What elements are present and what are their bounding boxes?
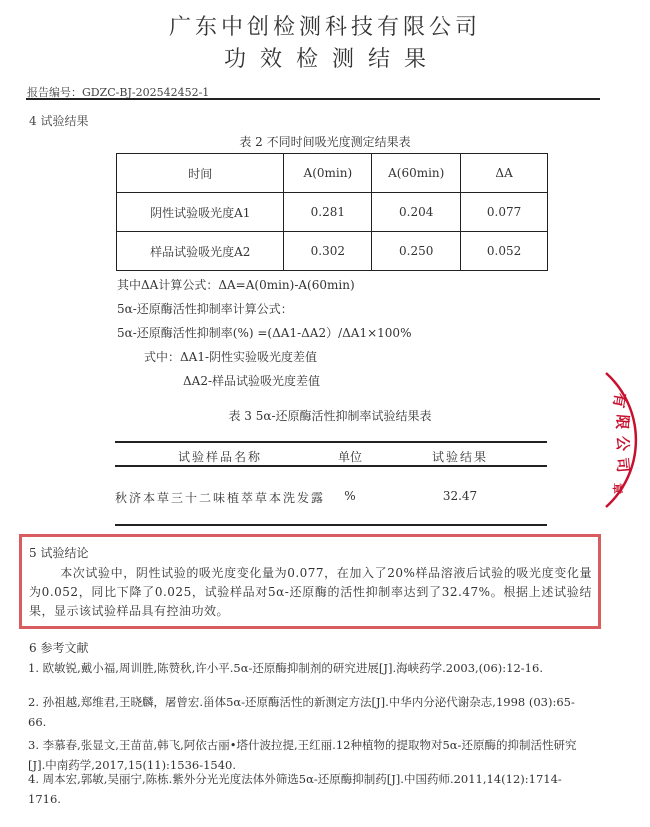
table-header-cell: 试验结果 xyxy=(410,448,510,465)
table3-caption: 表 3 5α-还原酶活性抑制率试验结果表 xyxy=(0,407,650,424)
document-title: 功效检测结果 xyxy=(0,42,650,73)
table-cell-sample-name: 秋济本草三十二味植萃草本洗发露 xyxy=(115,489,325,506)
reference-item: 1. 欧敏锐,戴小福,周训胜,陈赞秋,许小平.5α-还原酶抑制剂的研究进展[J]… xyxy=(28,658,588,678)
section-heading-conclusion: 5 试验结论 xyxy=(29,544,88,561)
svg-text:限: 限 xyxy=(613,414,632,431)
svg-text:章: 章 xyxy=(611,483,625,494)
seal-icon: 有 限 公 司 章 xyxy=(600,370,650,510)
company-seal-stamp: 有 限 公 司 章 xyxy=(600,370,650,510)
formula-legend-a2: ΔA2-样品试验吸光度差值 xyxy=(183,372,320,389)
formula-legend-a1: 式中：ΔA1-阴性实验吸光度差值 xyxy=(144,348,317,365)
table-row: 阴性试验吸光度A1 0.281 0.204 0.077 xyxy=(117,193,548,232)
table-cell-result: 32.47 xyxy=(410,489,510,503)
formula-delta-a: 其中ΔA计算公式：ΔA=A(0min)-A(60min) xyxy=(117,276,355,293)
absorbance-table: 时间 A(0min) A(60min) ΔA 阴性试验吸光度A1 0.281 0… xyxy=(116,153,548,271)
table-cell: 0.052 xyxy=(461,232,548,271)
header-divider xyxy=(26,98,600,100)
table-cell: 0.281 xyxy=(284,193,372,232)
section-heading-results: 4 试验结果 xyxy=(29,112,88,129)
table-header-cell: A(60min) xyxy=(372,154,461,193)
table3-bottom-rule xyxy=(115,524,547,526)
table-cell-unit: % xyxy=(320,489,380,503)
svg-text:有: 有 xyxy=(609,391,629,409)
table-header-cell: A(0min) xyxy=(284,154,372,193)
table-cell: 0.302 xyxy=(284,232,372,271)
table-header-cell: 单位 xyxy=(320,448,380,465)
table2-caption: 表 2 不同时间吸光度测定结果表 xyxy=(0,133,650,150)
svg-text:司: 司 xyxy=(613,457,632,474)
section-heading-references: 6 参考文献 xyxy=(29,639,88,656)
svg-text:公: 公 xyxy=(614,436,632,452)
table-header-cell: 时间 xyxy=(117,154,284,193)
table3-top-rule xyxy=(115,441,547,443)
conclusion-paragraph: 本次试验中，阴性试验的吸光度变化量为0.077，在加入了20%样品溶液后试验的吸… xyxy=(29,564,592,621)
table-row: 样品试验吸光度A2 0.302 0.250 0.052 xyxy=(117,232,548,271)
table-cell: 样品试验吸光度A2 xyxy=(117,232,284,271)
formula-inhibition-title: 5α-还原酶活性抑制率计算公式： xyxy=(117,300,293,317)
company-name: 广东中创检测科技有限公司 xyxy=(0,10,650,41)
table-header-cell: ΔA xyxy=(461,154,548,193)
table-cell: 0.204 xyxy=(372,193,461,232)
table-header-row: 时间 A(0min) A(60min) ΔA xyxy=(117,154,548,193)
table-header-cell: 试验样品名称 xyxy=(115,448,325,465)
reference-item: 4. 周本宏,郭敏,吴丽宁,陈栋.紫外分光光度法体外筛选5α-还原酶抑制药[J]… xyxy=(28,769,588,809)
table-cell: 0.077 xyxy=(461,193,548,232)
table-cell: 阴性试验吸光度A1 xyxy=(117,193,284,232)
table3-header-rule xyxy=(115,465,547,467)
formula-inhibition-rate: 5α-还原酶活性抑制率(%) =(ΔA1-ΔA2）/ΔA1×100% xyxy=(117,324,411,341)
reference-item: 2. 孙祖越,郑维君,王晓麟，屠曾宏.甾体5α-还原酶活性的新测定方法[J].中… xyxy=(28,692,588,732)
table-cell: 0.250 xyxy=(372,232,461,271)
